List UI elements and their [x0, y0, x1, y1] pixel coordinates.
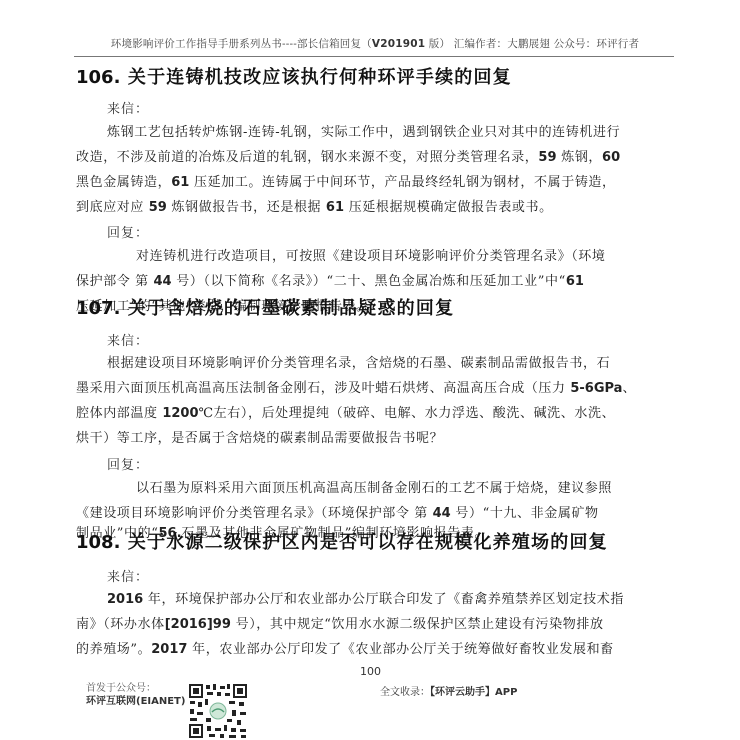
paragraph-line: 改造，不涉及前道的冶炼及后道的轧钢，钢水来源不变，对照分类管理名录，59 炼钢，…: [76, 149, 670, 167]
paragraph-line: 到底应对应 59 炼钢做报告书，还是根据 61 压延根据规模确定做报告表或书。: [76, 199, 670, 217]
reply-label: 回复：: [107, 222, 149, 241]
document-page: 环境影响评价工作指导手册系列丛书----部长信箱回复（V201901 版） 汇编…: [0, 0, 740, 740]
page-number: 100: [360, 665, 381, 678]
paragraph-line: 以石墨为原料采用六面顶压机高温高压制备金刚石的工艺不属于焙烧，建议参照: [136, 480, 730, 498]
reply-label: 回复：: [107, 454, 149, 473]
paragraph-line: 2016 年，环境保护部办公厅和农业部办公厅联合印发了《畜禽养殖禁养区划定技术指: [107, 591, 701, 609]
section-heading: 关于水源二级保护区内是否可以存在规模化养殖场的回复: [120, 532, 607, 553]
first-published-label: 首发于公众号：: [86, 682, 185, 695]
qr-code-icon: [187, 682, 249, 740]
running-header-prefix: 环境影响评价工作指导手册系列丛书----部长信箱回复（: [111, 38, 372, 50]
paragraph-line: 炼钢工艺包括转炉炼钢-连铸-轧钢，实际工作中，遇到钢铁企业只对其中的连铸机进行: [107, 124, 701, 142]
section-number: 108.: [76, 532, 120, 553]
section-title-106: 106. 关于连铸机技改应该执行何种环评手续的回复: [76, 63, 512, 89]
footer-app-promo: 全文收录：【环评云助手】APP: [380, 683, 517, 698]
letter-label: 来信：: [107, 98, 149, 117]
section-title-108: 108. 关于水源二级保护区内是否可以存在规模化养殖场的回复: [76, 528, 608, 554]
account-name: 环评互联网(EIANET): [86, 695, 185, 708]
section-title-107: 107. 关于含焙烧的石墨碳素制品疑惑的回复: [76, 294, 454, 320]
letter-label: 来信：: [107, 330, 149, 349]
running-header-version: V201901: [372, 38, 425, 50]
paragraph-line: 《建设项目环境影响评价分类管理名录》（环境保护部令 第 44 号）“十九、非金属…: [76, 505, 670, 523]
paragraph-line: 腔体内部温度 1200℃左右），后处理提纯（破碎、电解、水力浮选、酸洗、碱洗、水…: [76, 405, 670, 423]
paragraph-line: 墨采用六面顶压机高温高压法制备金刚石，涉及叶蜡石烘烤、高温高压合成（压力 5-6…: [76, 380, 670, 398]
paragraph-line: 南》（环办水体[2016]99 号），其中规定“饮用水水源二级保护区禁止建设有污…: [76, 616, 670, 634]
section-heading: 关于连铸机技改应该执行何种环评手续的回复: [120, 67, 511, 88]
paragraph-line: 对连铸机进行改造项目，可按照《建设项目环境影响评价分类管理名录》（环境: [136, 248, 730, 266]
section-heading: 关于含焙烧的石墨碳素制品疑惑的回复: [120, 298, 454, 319]
paragraph-line: 烘干）等工序，是否属于含焙烧的碳素制品需要做报告书呢？: [76, 430, 670, 448]
letter-label: 来信：: [107, 566, 149, 585]
section-number: 106.: [76, 67, 120, 88]
paragraph-line: 的养殖场”。2017 年，农业部办公厅印发了《农业部办公厅关于统筹做好畜牧业发展…: [76, 641, 670, 659]
header-divider: [74, 56, 674, 57]
paragraph-line: 保护部令 第 44 号）（以下简称《名录》）“二十、黑色金属冶炼和压延加工业”中…: [76, 273, 670, 291]
full-text-label: 全文收录：: [380, 687, 430, 698]
section-number: 107.: [76, 298, 120, 319]
running-header-suffix: 版） 汇编作者：大鹏展翅 公众号：环评行者: [425, 38, 639, 50]
paragraph-line: 黑色金属铸造，61 压延加工。连铸属于中间环节，产品最终经轧钢为钢材，不属于铸造…: [76, 174, 670, 192]
app-name: 【环评云助手】APP: [430, 687, 517, 698]
paragraph-line: 根据建设项目环境影响评价分类管理名录，含焙烧的石墨、碳素制品需做报告书，石: [107, 355, 701, 373]
running-header: 环境影响评价工作指导手册系列丛书----部长信箱回复（V201901 版） 汇编…: [75, 36, 675, 51]
footer-publisher: 首发于公众号： 环评互联网(EIANET): [86, 682, 185, 708]
